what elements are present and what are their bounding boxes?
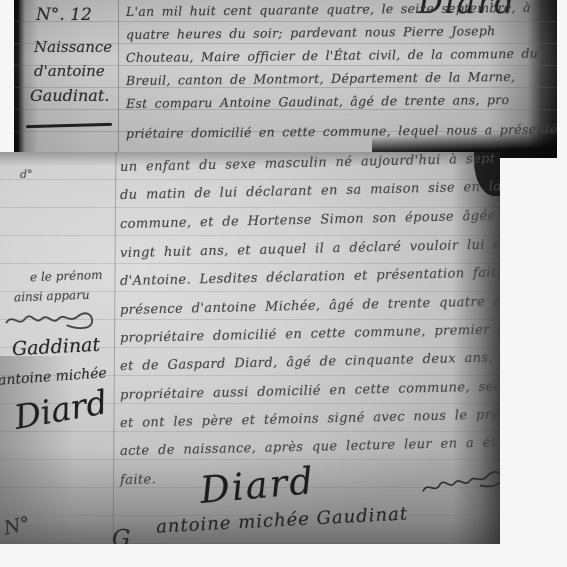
act-text-line: acte de naissance, après que lecture leu… — [120, 435, 500, 459]
scanned-register-fragment-bottom: d° un enfant du sexe masculin né aujourd… — [0, 152, 500, 544]
paraph-flourish-icon — [4, 306, 98, 334]
margin-title-naissance: Naissance — [34, 38, 112, 56]
act-text-line: propriétaire aussi domicilié en cette co… — [120, 379, 500, 403]
act-text-line: quatre heures du soir; pardevant nous Pi… — [126, 23, 496, 42]
act-text-line: du matin de lui déclarant en sa maison s… — [120, 179, 500, 203]
signature-diard-large: Diard — [198, 459, 316, 512]
act-text-line: Breuil, canton de Montmort, Département … — [126, 69, 515, 88]
act-text-line: priétaire domicilié en cette commune, le… — [126, 121, 557, 141]
margin-rule-line — [118, 0, 119, 158]
act-text-line: et de Gaspard Diard, âgé de cinquante de… — [120, 351, 493, 374]
act-text-line: Est comparu Antoine Gaudinat, âgé de tre… — [126, 92, 510, 111]
margin-title-prenom: d'antoine — [34, 62, 105, 80]
margin-title-nom: Gaudinat. — [30, 86, 109, 105]
act-text-line: faite. — [120, 472, 157, 488]
paraph-flourish-icon — [418, 460, 500, 502]
act-text-line: présence d'antoine Michée, âgé de trente… — [120, 294, 500, 318]
margin-underline-stroke — [26, 123, 112, 128]
margin-note: e le prénom — [30, 268, 103, 285]
margin-rule-line — [113, 152, 117, 544]
act-number: N°. 12 — [36, 5, 92, 25]
scanned-register-fragment-top: Diard N°. 12 Naissance d'antoine Gaudina… — [14, 0, 557, 158]
act-text-line: vingt huit ans, et auquel il a déclaré v… — [120, 237, 500, 261]
act-text-line: Chouteau, Maire officier de l'État civil… — [126, 46, 538, 65]
partial-letter: G — [112, 526, 130, 544]
act-text-line: propriétaire domicilié en cette commune,… — [120, 322, 500, 346]
act-text-line: d'Antoine. Lesdites déclaration et prése… — [120, 265, 500, 289]
page-background: Diard N°. 12 Naissance d'antoine Gaudina… — [0, 0, 567, 567]
margin-signature-gaudinat: Gaddinat — [11, 334, 100, 361]
act-text-line: commune, et de Hortense Simon son épouse… — [120, 208, 496, 232]
act-text-line: un enfant du sexe masculin né aujourd'hu… — [120, 152, 500, 175]
signature-michee-gaudinat: antoine michée Gaudinat — [156, 503, 409, 537]
margin-signature-diard: Diard — [11, 382, 110, 437]
next-act-number: N° — [2, 513, 32, 540]
margin-note: ainsi apparu — [14, 288, 90, 305]
act-text-line: et ont les père et témoins signé avec no… — [120, 407, 500, 431]
corner-mark: d° — [20, 168, 33, 181]
